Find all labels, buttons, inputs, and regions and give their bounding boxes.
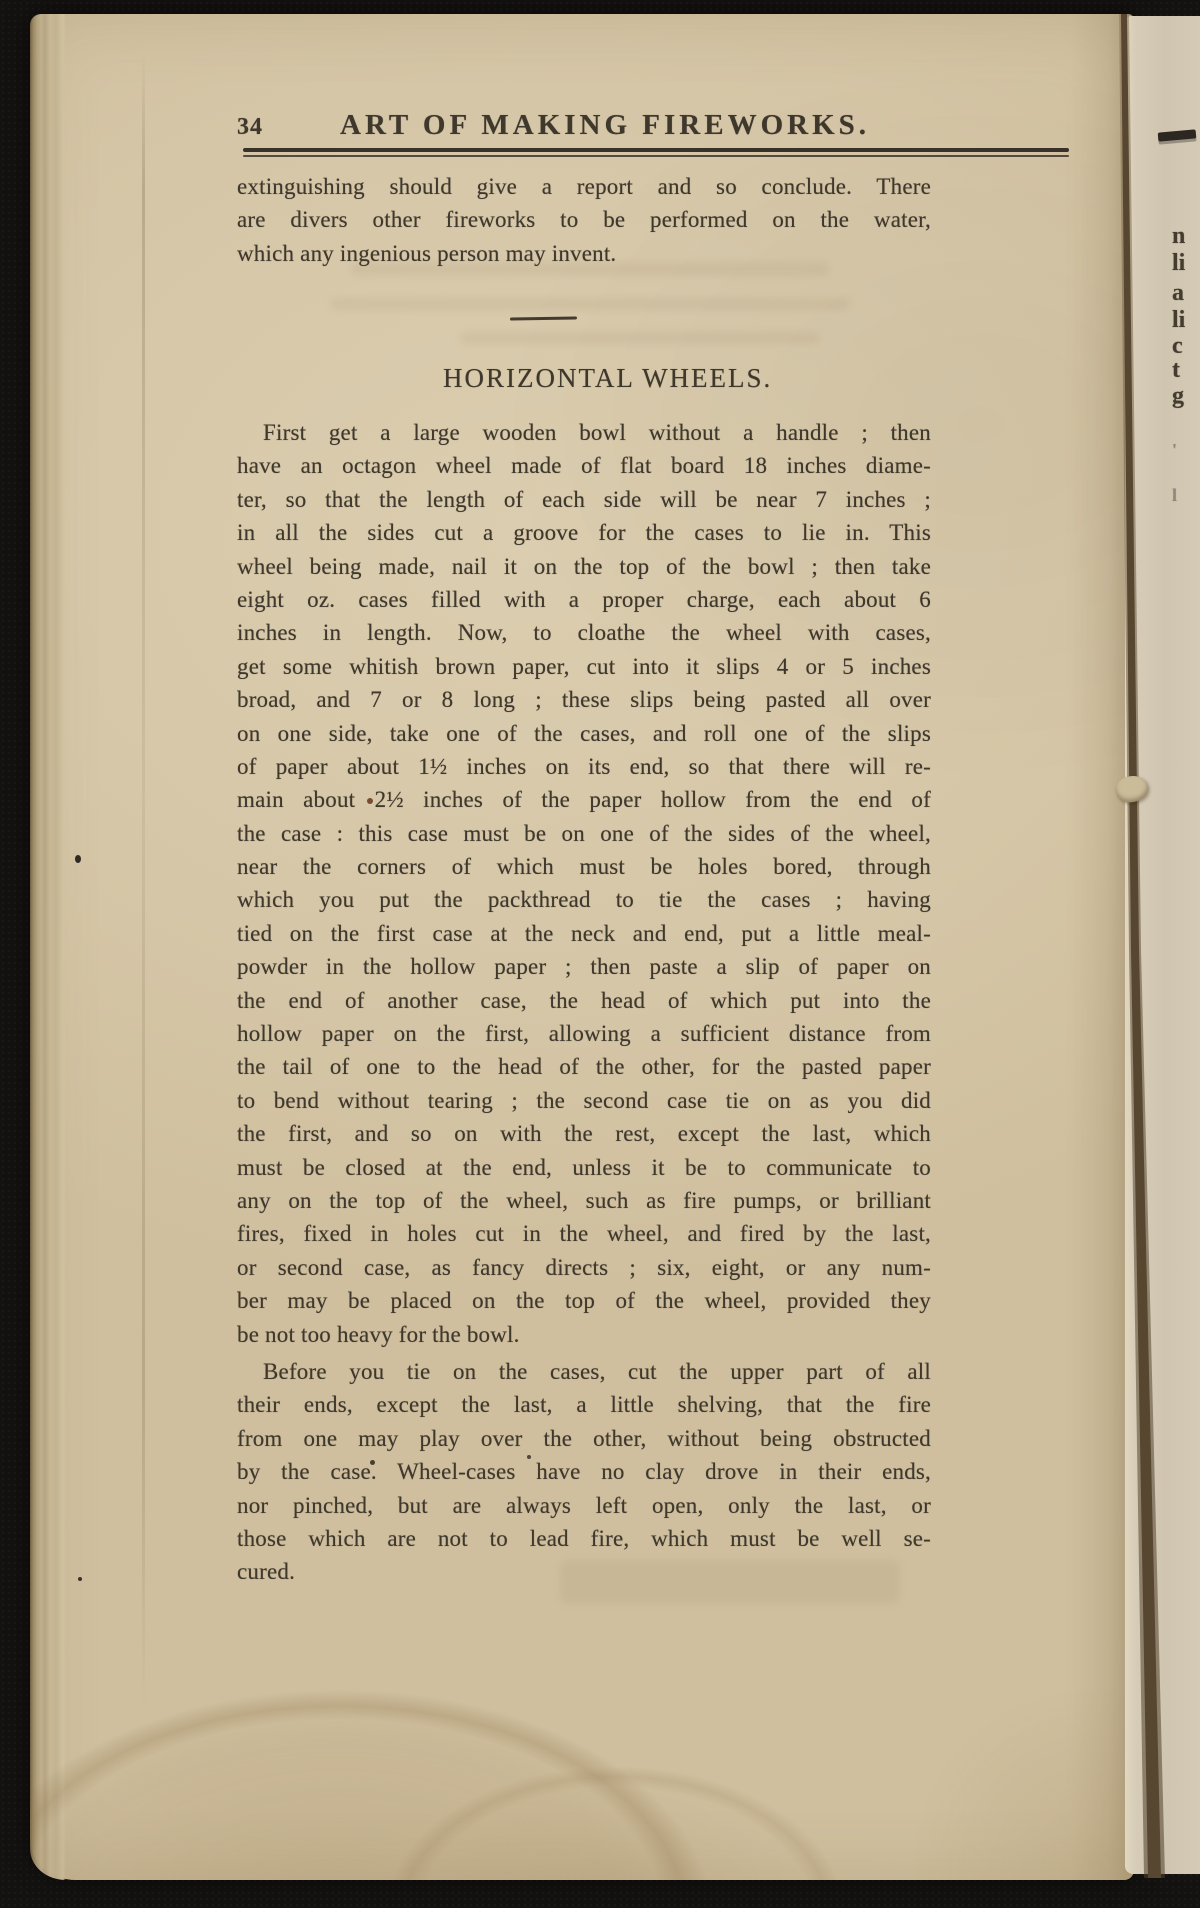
- text-line: the case : this case must be on one of t…: [237, 817, 931, 850]
- text-line: Before you tie on the cases, cut the upp…: [237, 1355, 931, 1388]
- edge-letter-fragment: a: [1172, 281, 1184, 305]
- body-paragraph-2: Before you tie on the cases, cut the upp…: [237, 1355, 931, 1589]
- text-line: or second case, as fancy directs ; six, …: [237, 1251, 931, 1284]
- text-line: which any ingenious person may invent.: [237, 237, 931, 270]
- text-line: eight oz. cases filled with a proper cha…: [237, 583, 931, 616]
- text-line: hollow paper on the first, allowing a su…: [237, 1017, 931, 1050]
- edge-letter-fragment: c: [1172, 334, 1183, 358]
- rule-line: [243, 148, 1069, 152]
- page-number: 34: [237, 114, 263, 141]
- header-double-rule: [243, 148, 1069, 157]
- scanned-book-spread: 34 ART OF MAKING FIREWORKS. extinguishin…: [0, 0, 1200, 1908]
- edge-letter-fragments: nlialictg'l: [1172, 0, 1200, 1908]
- text-line: must be closed at the end, unless it be …: [237, 1151, 931, 1184]
- text-line: nor pinched, but are always left open, o…: [237, 1489, 931, 1522]
- edge-letter-fragment: l: [1172, 486, 1177, 504]
- text-line: have an octagon wheel made of flat board…: [237, 449, 931, 482]
- edge-letter-fragment: g: [1172, 384, 1184, 408]
- edge-letter-fragment: n: [1172, 224, 1185, 248]
- intro-paragraph: extinguishing should give a report and s…: [237, 170, 931, 270]
- rust-speck: [367, 798, 373, 804]
- rule-line: [243, 155, 1069, 157]
- text-line: be not too heavy for the bowl.: [237, 1318, 931, 1351]
- edge-letter-fragment: li: [1172, 251, 1185, 275]
- text-line: to bend without tearing ; the second cas…: [237, 1084, 931, 1117]
- text-line: broad, and 7 or 8 long ; these slips bei…: [237, 683, 931, 716]
- text-line: any on the top of the wheel, such as fir…: [237, 1184, 931, 1217]
- text-line: wheel being made, nail it on the top of …: [237, 550, 931, 583]
- ink-speck: [527, 1455, 531, 1459]
- page-edge-stack: [30, 14, 66, 1880]
- text-line: tied on the first case at the neck and e…: [237, 917, 931, 950]
- edge-letter-fragment: ': [1172, 441, 1177, 459]
- ink-speck: [75, 855, 81, 863]
- text-line: extinguishing should give a report and s…: [237, 170, 931, 203]
- book-page: 34 ART OF MAKING FIREWORKS. extinguishin…: [30, 14, 1134, 1880]
- text-line: which you put the packthread to tie the …: [237, 883, 931, 916]
- paper-crease: [142, 54, 145, 1714]
- text-line: powder in the hollow paper ; then paste …: [237, 950, 931, 983]
- text-line: from one may play over the other, withou…: [237, 1422, 931, 1455]
- ink-speck: [78, 1577, 82, 1581]
- text-line: the end of another case, the head of whi…: [237, 984, 931, 1017]
- text-line: ber may be placed on the top of the whee…: [237, 1284, 931, 1317]
- text-line: by the case. Wheel-cases have no clay dr…: [237, 1455, 931, 1488]
- showthrough-smudge: [330, 298, 850, 310]
- text-line: near the corners of which must be holes …: [237, 850, 931, 883]
- edge-letter-fragment: t: [1172, 358, 1180, 382]
- section-divider-rule: [510, 316, 577, 320]
- text-line: their ends, except the last, a little sh…: [237, 1388, 931, 1421]
- text-line: on one side, take one of the cases, and …: [237, 717, 931, 750]
- text-line: the first, and so on with the rest, exce…: [237, 1117, 931, 1150]
- text-line: First get a large wooden bowl without a …: [237, 416, 931, 449]
- text-line: cured.: [237, 1555, 931, 1588]
- edge-letter-fragment: li: [1172, 308, 1185, 332]
- showthrough-smudge: [460, 332, 820, 344]
- text-line: of paper about 1½ inches on its end, so …: [237, 750, 931, 783]
- body-paragraph-1: First get a large wooden bowl without a …: [237, 416, 931, 1351]
- text-line: ter, so that the length of each side wil…: [237, 483, 931, 516]
- text-line: the tail of one to the head of the other…: [237, 1050, 931, 1083]
- ink-speck: [370, 1460, 375, 1465]
- running-title: ART OF MAKING FIREWORKS.: [340, 109, 870, 142]
- text-line: are divers other fireworks to be perform…: [237, 203, 931, 236]
- text-line: those which are not to lead fire, which …: [237, 1522, 931, 1555]
- text-line: main about 2½ inches of the paper hollow…: [237, 783, 931, 816]
- text-line: get some whitish brown paper, cut into i…: [237, 650, 931, 683]
- text-line: fires, fixed in holes cut in the wheel, …: [237, 1217, 931, 1250]
- section-heading: HORIZONTAL WHEELS.: [443, 363, 772, 394]
- text-line: in all the sides cut a groove for the ca…: [237, 516, 931, 549]
- text-line: inches in length. Now, to cloathe the wh…: [237, 616, 931, 649]
